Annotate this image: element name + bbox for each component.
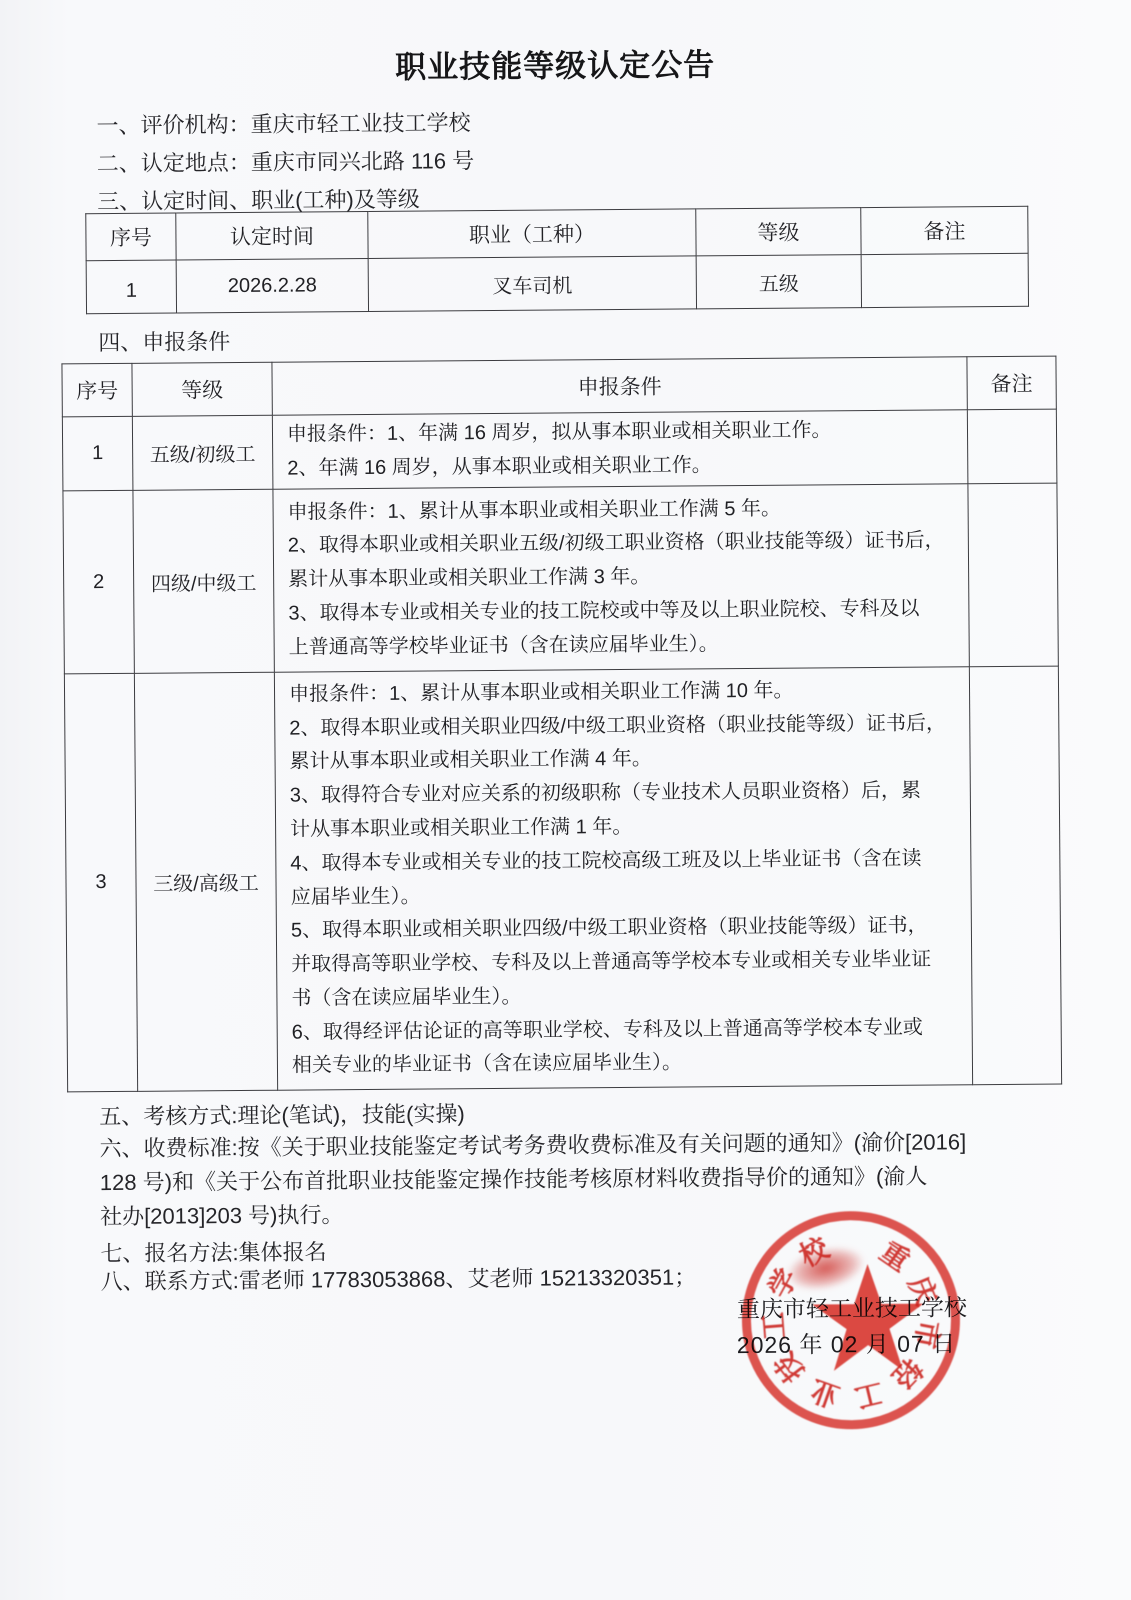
signature-date: 2026 年 02 月 07 日 xyxy=(737,1325,957,1360)
schedule-cell-level: 五级 xyxy=(696,255,861,309)
table-row: 3 三级/高级工 申报条件：1、累计从事本职业或相关职业工作满 10 年。 2、… xyxy=(64,666,1061,1092)
contact-line: 八、联系方式:雷老师 17783053868、艾老师 15213320351； xyxy=(101,1260,697,1299)
table-row: 1 五级/初级工 申报条件：1、年满 16 周岁，拟从事本职业或相关职业工作。 … xyxy=(62,409,1057,491)
table-row: 2 四级/中级工 申报条件：1、累计从事本职业或相关职业工作满 5 年。 2、取… xyxy=(63,483,1058,674)
intro-evaluation-org: 一、评价机构：重庆市轻工业技工学校 xyxy=(96,106,470,140)
fee-standard-line: 六、收费标准:按《关于职业技能鉴定考试考务费收费标准及有关问题的通知》(渝价[2… xyxy=(99,1125,1060,1235)
schedule-cell-occupation: 叉车司机 xyxy=(368,256,696,312)
conditions-cell-no: 1 xyxy=(62,416,133,491)
conditions-cell-text: 申报条件：1、累计从事本职业或相关职业工作满 10 年。 2、取得本职业或相关职… xyxy=(274,667,972,1090)
conditions-cell-level: 四级/中级工 xyxy=(133,489,274,673)
section4-heading: 四、申报条件 xyxy=(98,325,230,357)
table-row: 1 2026.2.28 叉车司机 五级 xyxy=(86,253,1028,313)
seal-char: 重 xyxy=(874,1236,916,1278)
schedule-col-level: 等级 xyxy=(696,208,861,256)
seal-char: 校 xyxy=(794,1232,835,1273)
conditions-cell-remark xyxy=(969,666,1061,1085)
conditions-cell-text: 申报条件：1、累计从事本职业或相关职业工作满 5 年。 2、取得本职业或相关职业… xyxy=(273,484,969,672)
conditions-col-no: 序号 xyxy=(62,363,132,417)
assessment-method-line: 五、考核方式:理论(笔试)，技能(实操) xyxy=(99,1097,465,1134)
conditions-col-conditions: 申报条件 xyxy=(272,357,967,415)
schedule-header-row: 序号 认定时间 职业（工种） 等级 备注 xyxy=(86,206,1028,260)
schedule-table: 序号 认定时间 职业（工种） 等级 备注 1 2026.2.28 叉车司机 五级 xyxy=(85,206,1029,314)
seal-char: 工 xyxy=(851,1377,887,1413)
conditions-cell-level: 五级/初级工 xyxy=(132,415,273,490)
intro-location: 二、认定地点：重庆市同兴北路 116 号 xyxy=(97,144,475,178)
seal-ink-smudge xyxy=(783,1240,868,1296)
conditions-col-level: 等级 xyxy=(132,362,272,416)
document-sheet: 职业技能等级认定公告 一、评价机构：重庆市轻工业技工学校 二、认定地点：重庆市同… xyxy=(0,0,1131,1600)
schedule-cell-no: 1 xyxy=(86,260,176,314)
conditions-cell-level: 三级/高级工 xyxy=(134,672,277,1091)
seal-char: 业 xyxy=(806,1374,844,1412)
schedule-col-remark: 备注 xyxy=(861,206,1028,254)
schedule-cell-date: 2026.2.28 xyxy=(176,258,368,313)
conditions-cell-remark xyxy=(967,409,1057,484)
conditions-table: 序号 等级 申报条件 备注 1 五级/初级工 申报条件：1、年满 16 周岁，拟… xyxy=(61,356,1062,1093)
schedule-col-no: 序号 xyxy=(86,213,176,261)
conditions-cell-text: 申报条件：1、年满 16 周岁，拟从事本职业或相关职业工作。 2、年满 16 周… xyxy=(272,410,968,489)
schedule-col-date: 认定时间 xyxy=(176,211,368,260)
schedule-cell-remark xyxy=(861,253,1028,307)
schedule-col-occupation: 职业（工种） xyxy=(368,209,696,259)
conditions-cell-no: 3 xyxy=(64,673,137,1092)
conditions-header-row: 序号 等级 申报条件 备注 xyxy=(62,356,1056,417)
conditions-cell-remark xyxy=(968,483,1058,667)
conditions-cell-no: 2 xyxy=(63,490,134,674)
page-title: 职业技能等级认定公告 xyxy=(0,36,1114,90)
signature-organization: 重庆市轻工业技工学校 xyxy=(737,1289,967,1324)
conditions-col-remark: 备注 xyxy=(967,356,1056,410)
